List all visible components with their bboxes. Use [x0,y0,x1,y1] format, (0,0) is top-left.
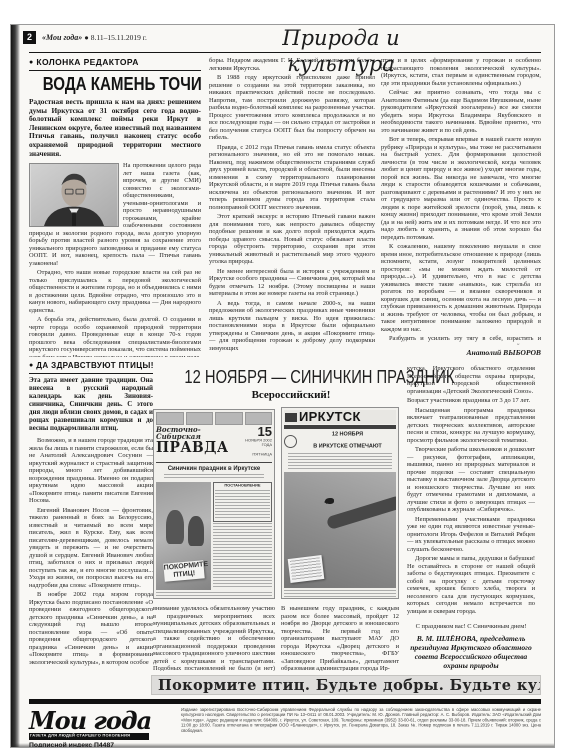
irkutsk-fake-text [288,453,392,471]
pravda-issue-date: НОЯБРЯ 2002 ГОДА [238,438,272,447]
paragraph: Вот и теперь, открывая впервые в нашей г… [381,136,541,241]
editor-photo [29,163,119,227]
person-silhouette [166,510,184,544]
feed-birds-banner: Покормите птиц. Будьте добры. Будьте кул… [151,675,541,695]
header-rule [29,52,541,53]
bottom-fake-text [156,592,272,599]
decree-fake-text [215,490,270,520]
editor-col1-text: На протяжении целого ряда лет наша газет… [29,162,201,357]
editor-col3-text: птиц и в целях «формирования у горожан и… [381,57,541,345]
irkutsk-logo-icon [285,413,297,422]
paragraph: А ведь тогда, в самом начале 2000-х, на … [209,300,375,353]
paragraph: В нынешнем году праздник, с каждым разом… [281,605,399,671]
decree-box-title: ПОСТАНОВЛЕНИЕ [224,484,260,488]
scan-left-shadow [11,25,20,747]
paragraph: Непременными участниками праздника уже н… [407,516,535,554]
imprint-print-info: Газета отпечатана в типографии ООО «Блан… [181,723,541,733]
paragraph: внимание уделялось обязательному участию… [153,605,275,671]
arm-with-bird [326,495,396,530]
editor-kicker-label: КОЛОНКА РЕДАКТОРА [36,57,138,67]
pravda-masthead: ПРАВДА [156,440,231,454]
footer-tagline: ГАЗЕТА ДЛЯ ЛЮДЕЙ СТАРШЕГО ПОКОЛЕНИЯ [29,733,149,738]
paragraph: Отрадно, что наши новые городские власти… [29,269,201,314]
seal-icon [284,435,297,448]
signature-name: В. М. ШЛЁНОВА, председатель [407,634,535,643]
pravda-issue-number: 15 [238,426,272,438]
editor-signature: Анатолий ВЫБОРОВ [381,348,541,357]
poster-sign: ПОКОРМИТЕ ПТИЦ! [163,560,204,581]
pravda-issue-day: ПЯТНИЦА [238,452,272,457]
editor-article-col3: птиц и в целях «формирования у горожан и… [381,57,541,361]
kicker-bullet-icon: ● [29,59,34,66]
clipping-masthead-row: Восточно-Сибирская ПРАВДА 15 НОЯБРЯ 2002… [156,426,272,463]
paragraph: Разбудить и усилить эту тягу в себе, взр… [381,335,541,345]
birds-lede: Эта дата имеет давние традиции. Она внес… [29,377,153,433]
imprint-block: Издание зарегистрировано Восточно-Сибирс… [181,707,541,745]
signature-role-line: президиума Иркутского областного [407,643,535,652]
editor-lede: Радостная весть пришла к нам на днях: ре… [29,98,201,158]
anons-thumb [156,412,184,425]
newspaper-scan: 2 «Мои года» ● 8.11–15.11.2019 г. Природ… [0,0,562,748]
note-scribbles [290,557,322,581]
clipping-anons-row [156,412,272,425]
paragraph: Правда, с 2012 года Птичья гавань имела … [209,144,375,212]
birds-kicker-label: ДА ЗДРАВСТВУЮТ ПТИЦЫ! [36,361,153,370]
signature-role-line: охраны природы [407,661,535,670]
birds-colD-text: кутска, Иркутского областного отделения … [407,365,535,621]
birds-colA-text: Возможно, и в нашем городе традиция эта … [29,437,153,675]
pravda-subhead-fake-text [164,474,264,480]
signature-role-line: совета Всероссийского общества [407,652,535,661]
birds-article-colC: В нынешнем году праздник, с каждым разом… [281,605,399,671]
person-silhouette [188,516,204,546]
clipping-masthead: Восточно-Сибирская ПРАВДА [156,426,238,461]
paragraph: Творческие работы школьников и дошколят … [407,446,535,514]
irkutsk-title-block: 12 НОЯБРЯ В ИРКУТСКЕ ОТМЕЧАЮТ СИНИЧКИН Д… [299,431,396,451]
editor-article-col1: ● КОЛОНКА РЕДАКТОРА ВОДА КАМЕНЬ ТОЧИТ! Р… [29,57,201,357]
paragraph: Этот краткий экскурс в историю Птичьей г… [209,213,375,266]
paragraph: Насыщенная программа праздника включает … [407,407,535,445]
page-number: 2 [23,31,36,44]
irkutsk-photo [284,472,396,588]
paragraph: В ноябре 2002 года мэром города Иркутска… [29,591,153,666]
masthead-title: «Мои года» [42,33,82,42]
pravda-photo: ПОКОРМИТЕ ПТИЦ! [156,482,211,590]
paragraph: К сожалению, нашему поколению внушали в … [381,243,541,333]
editor-kicker: ● КОЛОНКА РЕДАКТОРА [29,57,201,71]
birds-article-colD: кутска, Иркутского областного отделения … [407,365,535,675]
footer-logo: Мои года [29,709,151,733]
clipping-pravda: Восточно-Сибирская ПРАВДА 15 НОЯБРЯ 2002… [153,409,275,599]
note-sign [288,555,325,583]
paragraph: А борьба эта, действительно, была долгой… [29,316,201,357]
decree-box: ПОСТАНОВЛЕНИЕ [213,482,272,522]
subscription-index: Подписной индекс П4487 [29,742,114,748]
birds-article-colA: ● ДА ЗДРАВСТВУЮТ ПТИЦЫ! Эта дата имеет д… [29,361,153,675]
issue-date: 8.11–15.11.2019 г. [91,33,147,42]
irkutsk-menubar [284,425,396,429]
column-fake-text [213,523,272,587]
footer-rule [29,699,541,704]
irkutsk-title-line1: 12 НОЯБРЯ [299,431,396,437]
editor-headline: ВОДА КАМЕНЬ ТОЧИТ! [43,74,187,95]
irkutsk-masthead-row: ИРКУТСК [284,410,396,424]
festival-subtitle: Всероссийский! [161,389,421,402]
paragraph: Дорогие мамы и папы, дедушки и бабушки! … [407,555,535,615]
paragraph: Не менее интересной была и история с учр… [209,268,375,298]
pravda-issue-block: 15 НОЯБРЯ 2002 ГОДА ПЯТНИЦА [238,426,272,461]
paragraph: В 1988 году иркутский горисполком даже п… [209,74,375,142]
pravda-headline: Синичкин праздник в Иркутске [156,465,272,472]
birds-signature: В. М. ШЛЁНОВА, председатель президиума И… [407,634,535,670]
irkutsk-masthead: ИРКУТСК [299,411,361,423]
paragraph: Евгений Иванович Носов — фронтовик, тяже… [29,507,153,590]
irkutsk-title-row: 12 НОЯБРЯ В ИРКУТСКЕ ОТМЕЧАЮТ СИНИЧКИН Д… [284,431,396,451]
paragraph: Возраст участников праздника от 3 до 17 … [407,397,535,405]
footer-tagline-bar: ГАЗЕТА ДЛЯ ЛЮДЕЙ СТАРШЕГО ПОКОЛЕНИЯ [29,733,149,740]
clipping-irkutsk: ИРКУТСК 12 НОЯБРЯ В ИРКУТСКЕ ОТМЕЧАЮТ СИ… [281,407,399,599]
paragraph: птиц и в целях «формирования у горожан и… [381,57,541,87]
irkutsk-title-line2: В ИРКУТСКЕ ОТМЕЧАЮТ [299,443,396,449]
newspaper-page: 2 «Мои года» ● 8.11–15.11.2019 г. Природ… [10,24,555,748]
kicker-bullet-icon: ● [29,362,34,369]
pravda-right-column: ПОСТАНОВЛЕНИЕ [213,482,272,590]
anons-thumb [186,412,214,425]
paragraph: Сейчас же приятно сознавать, что тогда м… [381,89,541,134]
imprint-text: Издание зарегистрировано Восточно-Сибирс… [181,707,541,733]
masthead-bullet: ● [84,33,89,42]
editor-article-col2: боры. Недаром академик Г. И. Галазий наз… [209,57,375,363]
festival-headline: 12 НОЯБРЯ — СИНИЧКИН ПРАЗДНИК [184,367,397,387]
bird-icon [325,498,334,504]
birds-article-colB: внимание уделялось обязательному участию… [153,605,275,671]
masthead-line: «Мои года» ● 8.11–15.11.2019 г. [42,33,147,43]
anons-thumb [215,412,243,425]
paragraph: боры. Недаром академик Г. И. Галазий наз… [209,57,375,72]
paragraph: кутска, Иркутского областного отделения … [407,365,535,395]
caption-fake-text [284,590,396,598]
birds-greeting: С праздником вас! С Синичкиным днем! [407,623,535,631]
birds-kicker: ● ДА ЗДРАВСТВУЮТ ПТИЦЫ! [29,361,153,374]
pravda-content-row: ПОКОРМИТЕ ПТИЦ! ПОСТАНОВЛЕНИЕ [156,482,272,590]
paragraph: Возможно, и в нашем городе традиция эта … [29,437,153,505]
